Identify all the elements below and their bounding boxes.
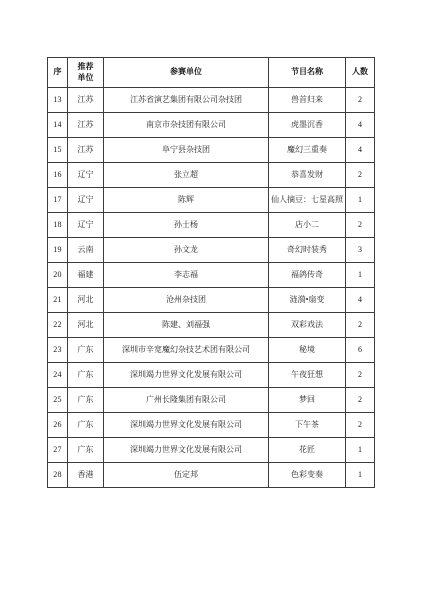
count-cell: 2 xyxy=(346,388,375,413)
unit-cell: 李志福 xyxy=(104,263,269,288)
unit-cell: 深圳竭力世界文化发展有限公司 xyxy=(104,363,269,388)
count-cell: 2 xyxy=(346,363,375,388)
count-cell: 2 xyxy=(346,213,375,238)
region-cell: 辽宁 xyxy=(68,163,104,188)
seq-cell: 13 xyxy=(48,88,68,113)
unit-cell: 阜宁县杂技团 xyxy=(104,138,269,163)
table-row: 24 广东 深圳竭力世界文化发展有限公司 午夜狂想 2 xyxy=(48,363,375,388)
unit-cell: 陈辉 xyxy=(104,188,269,213)
unit-cell: 深圳竭力世界文化发展有限公司 xyxy=(104,438,269,463)
table-row: 21 河北 沧州杂技团 涟漪•扇变 4 xyxy=(48,288,375,313)
program-cell: 秘境 xyxy=(269,338,346,363)
count-cell: 2 xyxy=(346,88,375,113)
count-cell: 1 xyxy=(346,188,375,213)
header-unit: 参赛单位 xyxy=(104,58,269,88)
program-cell: 奇幻时装秀 xyxy=(269,238,346,263)
region-cell: 福建 xyxy=(68,263,104,288)
seq-cell: 26 xyxy=(48,413,68,438)
table-row: 27 广东 深圳竭力世界文化发展有限公司 花匠 1 xyxy=(48,438,375,463)
program-cell: 双彩戏法 xyxy=(269,313,346,338)
unit-cell: 孙士杨 xyxy=(104,213,269,238)
region-cell: 广东 xyxy=(68,413,104,438)
region-cell: 广东 xyxy=(68,388,104,413)
seq-cell: 25 xyxy=(48,388,68,413)
table-row: 15 江苏 阜宁县杂技团 魔幻三重奏 4 xyxy=(48,138,375,163)
program-cell: 福鸽传奇 xyxy=(269,263,346,288)
region-cell: 广东 xyxy=(68,438,104,463)
seq-cell: 22 xyxy=(48,313,68,338)
program-cell: 仙人摘豆：七星高照 xyxy=(269,188,346,213)
program-cell: 梦回 xyxy=(269,388,346,413)
unit-cell: 沧州杂技团 xyxy=(104,288,269,313)
unit-cell: 深圳竭力世界文化发展有限公司 xyxy=(104,413,269,438)
entry-table: 序 推荐 单位 参赛单位 节目名称 人数 13 江苏 江苏省演艺集团有限公司杂技… xyxy=(47,57,375,488)
unit-cell: 伍定邦 xyxy=(104,463,269,488)
unit-cell: 南京市杂技团有限公司 xyxy=(104,113,269,138)
program-cell: 花匠 xyxy=(269,438,346,463)
region-cell: 江苏 xyxy=(68,138,104,163)
unit-cell: 江苏省演艺集团有限公司杂技团 xyxy=(104,88,269,113)
region-cell: 江苏 xyxy=(68,88,104,113)
count-cell: 6 xyxy=(346,338,375,363)
region-cell: 云南 xyxy=(68,238,104,263)
table-row: 17 辽宁 陈辉 仙人摘豆：七星高照 1 xyxy=(48,188,375,213)
seq-cell: 17 xyxy=(48,188,68,213)
header-count: 人数 xyxy=(346,58,375,88)
document-page: 序 推荐 单位 参赛单位 节目名称 人数 13 江苏 江苏省演艺集团有限公司杂技… xyxy=(0,0,424,600)
header-row: 序 推荐 单位 参赛单位 节目名称 人数 xyxy=(48,58,375,88)
unit-cell: 陈建、刘福强 xyxy=(104,313,269,338)
region-cell: 广东 xyxy=(68,338,104,363)
table-row: 14 江苏 南京市杂技团有限公司 虎墨沉香 4 xyxy=(48,113,375,138)
unit-cell: 孙文龙 xyxy=(104,238,269,263)
program-cell: 虎墨沉香 xyxy=(269,113,346,138)
program-cell: 店小二 xyxy=(269,213,346,238)
program-cell: 下午茶 xyxy=(269,413,346,438)
seq-cell: 27 xyxy=(48,438,68,463)
region-cell: 河北 xyxy=(68,288,104,313)
table-row: 22 河北 陈建、刘福强 双彩戏法 2 xyxy=(48,313,375,338)
program-cell: 午夜狂想 xyxy=(269,363,346,388)
region-cell: 江苏 xyxy=(68,113,104,138)
count-cell: 3 xyxy=(346,238,375,263)
seq-cell: 20 xyxy=(48,263,68,288)
unit-cell: 深圳市辛宽魔幻杂技艺术团有限公司 xyxy=(104,338,269,363)
header-region: 推荐 单位 xyxy=(68,58,104,88)
region-cell: 香港 xyxy=(68,463,104,488)
table-row: 16 辽宁 张立超 恭喜发财 2 xyxy=(48,163,375,188)
program-cell: 恭喜发财 xyxy=(269,163,346,188)
table-row: 13 江苏 江苏省演艺集团有限公司杂技团 兽首归来 2 xyxy=(48,88,375,113)
count-cell: 4 xyxy=(346,113,375,138)
table-row: 19 云南 孙文龙 奇幻时装秀 3 xyxy=(48,238,375,263)
table-header: 序 推荐 单位 参赛单位 节目名称 人数 xyxy=(48,58,375,88)
program-cell: 色彩变奏 xyxy=(269,463,346,488)
region-cell: 广东 xyxy=(68,363,104,388)
table-row: 23 广东 深圳市辛宽魔幻杂技艺术团有限公司 秘境 6 xyxy=(48,338,375,363)
seq-cell: 16 xyxy=(48,163,68,188)
table-body: 13 江苏 江苏省演艺集团有限公司杂技团 兽首归来 2 14 江苏 南京市杂技团… xyxy=(48,88,375,488)
count-cell: 4 xyxy=(346,138,375,163)
program-cell: 涟漪•扇变 xyxy=(269,288,346,313)
header-program: 节目名称 xyxy=(269,58,346,88)
unit-cell: 张立超 xyxy=(104,163,269,188)
region-cell: 辽宁 xyxy=(68,188,104,213)
table-row: 26 广东 深圳竭力世界文化发展有限公司 下午茶 2 xyxy=(48,413,375,438)
count-cell: 4 xyxy=(346,288,375,313)
table-row: 25 广东 广州长隆集团有限公司 梦回 2 xyxy=(48,388,375,413)
seq-cell: 14 xyxy=(48,113,68,138)
count-cell: 2 xyxy=(346,413,375,438)
count-cell: 2 xyxy=(346,313,375,338)
count-cell: 1 xyxy=(346,263,375,288)
table-row: 28 香港 伍定邦 色彩变奏 1 xyxy=(48,463,375,488)
seq-cell: 18 xyxy=(48,213,68,238)
header-seq: 序 xyxy=(48,58,68,88)
seq-cell: 24 xyxy=(48,363,68,388)
region-cell: 河北 xyxy=(68,313,104,338)
table-row: 20 福建 李志福 福鸽传奇 1 xyxy=(48,263,375,288)
program-cell: 兽首归来 xyxy=(269,88,346,113)
seq-cell: 23 xyxy=(48,338,68,363)
seq-cell: 15 xyxy=(48,138,68,163)
region-cell: 辽宁 xyxy=(68,213,104,238)
seq-cell: 19 xyxy=(48,238,68,263)
unit-cell: 广州长隆集团有限公司 xyxy=(104,388,269,413)
seq-cell: 21 xyxy=(48,288,68,313)
table-row: 18 辽宁 孙士杨 店小二 2 xyxy=(48,213,375,238)
count-cell: 1 xyxy=(346,463,375,488)
count-cell: 1 xyxy=(346,438,375,463)
seq-cell: 28 xyxy=(48,463,68,488)
count-cell: 2 xyxy=(346,163,375,188)
program-cell: 魔幻三重奏 xyxy=(269,138,346,163)
